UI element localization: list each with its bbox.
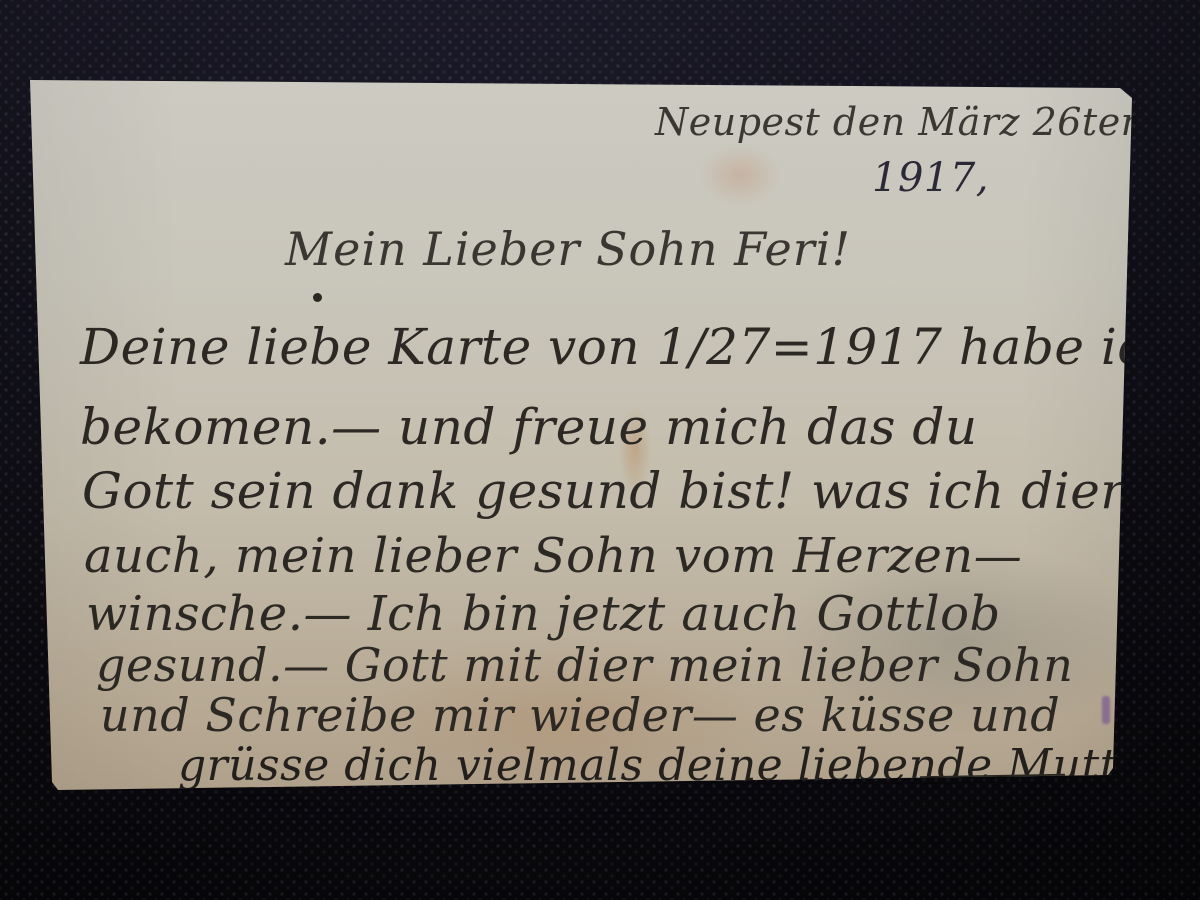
salutation: Mein Lieber Sohn Feri! xyxy=(285,222,851,276)
body-line-1: Deine liebe Karte von 1/27=1917 habe ich xyxy=(80,318,1179,376)
body-line-2: bekomen.— und freue mich das du xyxy=(80,398,978,456)
body-line-6: gesund.— Gott mit dier mein lieber Sohn xyxy=(96,638,1073,692)
body-line-3: Gott sein dank gesund bist! was ich dier xyxy=(82,462,1125,520)
body-line-5: winsche.— Ich bin jetzt auch Gottlob xyxy=(86,586,1001,642)
body-line-4: auch, mein lieber Sohn vom Herzen— xyxy=(84,528,1022,584)
body-line-7: und Schreibe mir wieder— es küsse und xyxy=(100,688,1060,742)
purple-stamp-mark xyxy=(1102,696,1110,724)
place-and-date: Neupest den März 26ten xyxy=(655,100,1146,144)
body-line-8-closing: grüsse dich vielmals deine liebende Mutt… xyxy=(178,740,1166,791)
postcard: Neupest den März 26ten 1917, Mein Lieber… xyxy=(0,0,1200,900)
signature-underline xyxy=(920,774,1065,779)
year: 1917, xyxy=(872,155,989,201)
ink-blot xyxy=(313,293,322,302)
